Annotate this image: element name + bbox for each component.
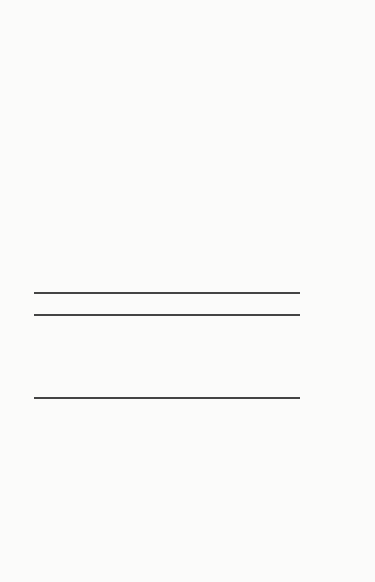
divider xyxy=(34,397,300,399)
divider xyxy=(34,292,300,294)
divider xyxy=(34,314,300,316)
